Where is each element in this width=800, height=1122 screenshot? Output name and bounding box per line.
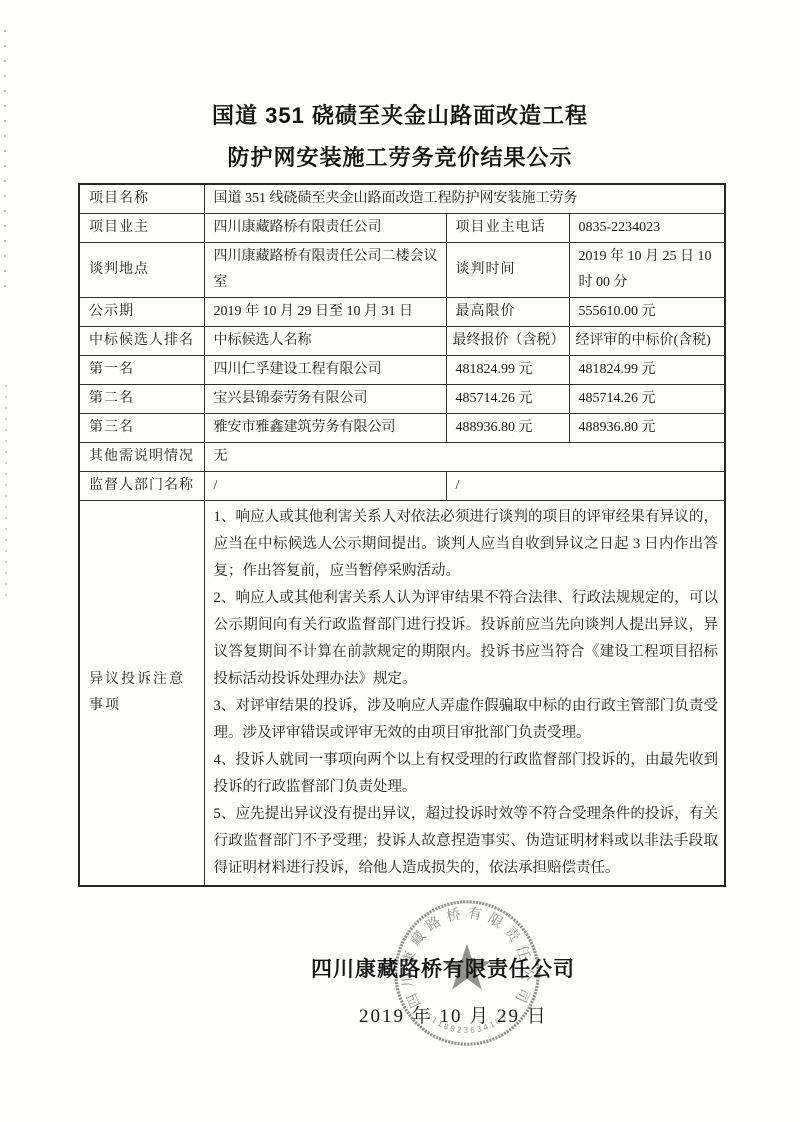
candidate-1-name: 四川仁孚建设工程有限公司 [204,356,446,385]
row-owner: 项目业主 四川康藏路桥有限责任公司 项目业主电话 0835-2234023 [79,214,725,243]
candidate-rank-header: 中标候选人排名 [79,327,204,356]
owner-label: 项目业主 [79,214,204,243]
candidate-1-final-price: 481824.99 元 [446,356,569,385]
negotiation-place-value: 四川康藏路桥有限责任公司二楼会议室 [204,243,446,298]
row-publicity: 公示期 2019 年 10 月 29 日至 10 月 31 日 最高限价 555… [79,298,725,327]
objection-paragraph-5: 5、应先提出异议没有提出异议，超过投诉时效等不符合受理条件的投诉，有关行政监督部… [214,801,719,882]
owner-value: 四川康藏路桥有限责任公司 [204,214,446,243]
footer-company-name: 四川康藏路桥有限责任公司 [311,953,575,983]
candidate-row-2: 第二名 宝兴县锦泰劳务有限公司 485714.26 元 485714.26 元 [79,385,725,414]
row-negotiation: 谈判地点 四川康藏路桥有限责任公司二楼会议室 谈判时间 2019 年 10 月 … [79,243,725,298]
owner-phone-label: 项目业主电话 [446,214,569,243]
other-notes-value: 无 [204,443,725,472]
candidate-3-reviewed-price: 488936.80 元 [569,414,725,443]
scan-noise-left-2 [5,385,7,600]
candidate-3-rank: 第三名 [79,414,204,443]
candidate-2-reviewed-price: 485714.26 元 [569,385,725,414]
candidate-2-final-price: 485714.26 元 [446,385,569,414]
candidate-row-3: 第三名 雅安市雅鑫建筑劳务有限公司 488936.80 元 488936.80 … [79,414,725,443]
reviewed-price-header: 经评审的中标价(含税) [569,327,725,356]
supervisor-label: 监督人部门名称 [79,472,204,501]
negotiation-time-value: 2019 年 10 月 25 日 10 时 00 分 [569,243,725,298]
negotiation-time-label: 谈判时间 [446,243,569,298]
footer-date: 2019 年 10 月 29 日 [359,1001,548,1028]
row-objection-notes: 异议投诉注意事项 1、响应人或其他利害关系人对依法必须进行谈判的项目的评审经果有… [79,501,725,886]
candidate-3-final-price: 488936.80 元 [446,414,569,443]
candidate-2-name: 宝兴县锦泰劳务有限公司 [204,385,446,414]
objection-paragraph-2: 2、响应人或其他利害关系人认为评审结果不符合法律、行政法规规定的，可以公示期间向… [214,585,719,693]
candidate-1-reviewed-price: 481824.99 元 [569,356,725,385]
final-price-header: 最终报价（含税） [446,327,569,356]
row-other-notes: 其他需说明情况 无 [79,443,725,472]
project-name-label: 项目名称 [79,184,204,214]
objection-paragraph-1: 1、响应人或其他利害关系人对依法必须进行谈判的项目的评审经果有异议的，应当在中标… [214,504,719,585]
candidate-1-rank: 第一名 [79,356,204,385]
candidate-3-name: 雅安市雅鑫建筑劳务有限公司 [204,414,446,443]
publicity-period-value: 2019 年 10 月 29 日至 10 月 31 日 [204,298,446,327]
max-price-value: 555610.00 元 [569,298,725,327]
objection-content: 1、响应人或其他利害关系人对依法必须进行谈判的项目的评审经果有异议的，应当在中标… [204,501,725,886]
document-page: 国道 351 硗碛至夹金山路面改造工程 防护网安装施工劳务竞价结果公示 项目名称… [0,0,800,1122]
objection-paragraph-4: 4、投诉人就同一事项向两个以上有权受理的行政监督部门投诉的，由最先收到投诉的行政… [214,747,719,801]
owner-phone-value: 0835-2234023 [569,214,725,243]
supervisor-value-1: / [204,472,446,501]
candidate-name-header: 中标候选人名称 [204,327,446,356]
document-title-line1: 国道 351 硗碛至夹金山路面改造工程 [0,99,800,130]
objection-label: 异议投诉注意事项 [79,501,204,886]
max-price-label: 最高限价 [446,298,569,327]
negotiation-place-label: 谈判地点 [79,243,204,298]
row-project-name: 项目名称 国道 351 线硗碛至夹金山路面改造工程防护网安装施工劳务 [79,184,725,214]
publicity-period-label: 公示期 [79,298,204,327]
project-name-value: 国道 351 线硗碛至夹金山路面改造工程防护网安装施工劳务 [204,184,725,214]
candidate-row-1: 第一名 四川仁孚建设工程有限公司 481824.99 元 481824.99 元 [79,356,725,385]
other-notes-label: 其他需说明情况 [79,443,204,472]
document-title-line2: 防护网安装施工劳务竞价结果公示 [0,141,800,172]
row-supervisor: 监督人部门名称 / / [79,472,725,501]
bid-result-table: 项目名称 国道 351 线硗碛至夹金山路面改造工程防护网安装施工劳务 项目业主 … [78,183,726,887]
candidate-2-rank: 第二名 [79,385,204,414]
objection-paragraph-3: 3、对评审结果的投诉，涉及响应人弄虚作假骗取中标的由行政主管部门负责受理。涉及评… [214,693,719,747]
row-candidates-header: 中标候选人排名 中标候选人名称 最终报价（含税） 经评审的中标价(含税) [79,327,725,356]
supervisor-value-2: / [446,472,725,501]
